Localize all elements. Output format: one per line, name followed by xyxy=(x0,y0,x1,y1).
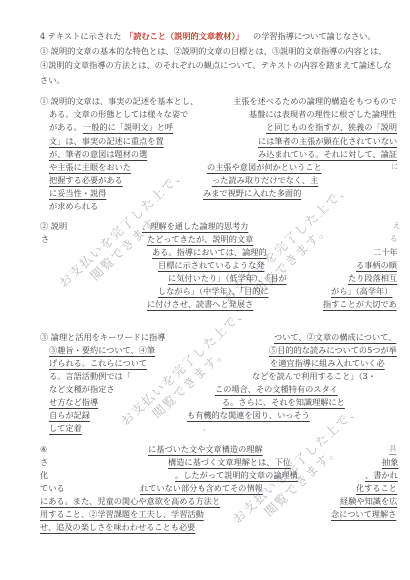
text-fragment: も有機的な関連を図り、いっそう xyxy=(187,410,310,420)
text-fragment: 目標に示されているような発 xyxy=(158,260,264,270)
text-fragment: 基盤には表現者の理性に根ざした論理性 xyxy=(249,109,396,119)
text-fragment: が求められる xyxy=(49,201,98,211)
text-fragment: さ xyxy=(41,234,49,244)
text-fragment: 指すことが大切であ xyxy=(323,299,397,309)
text-fragment: など文種が指定さ xyxy=(49,384,115,394)
text-fragment: ④説明的文章指導の方法とは、のそれぞれの観点について、テキストの内容を踏まえて論… xyxy=(40,60,392,70)
text-fragment: を適宜指導に組み入れていく必 xyxy=(270,358,385,368)
text-fragment: に基づいた文や文章構造の理解 xyxy=(148,444,263,454)
text-fragment: の主張や意図が何かということ xyxy=(207,162,322,172)
text-fragment: さい。 xyxy=(40,75,65,85)
text-fragment: たどってきたが、説明的文章 xyxy=(147,234,253,244)
text-fragment: 経験や知識を広 xyxy=(340,496,397,506)
text-fragment: 主張を述べるための論理的構造をもつもので xyxy=(233,96,397,106)
text-fragment: ている xyxy=(40,483,65,493)
text-fragment: に xyxy=(391,162,398,172)
text-fragment: ① 説明的文章は、事実の記述を基本とし、 xyxy=(40,96,198,106)
text-fragment: 、書かれ xyxy=(365,470,398,480)
text-fragment: 文」は、事実の記述に重点を置 xyxy=(49,136,164,146)
text-fragment: しながら」（中学年）、「目的に xyxy=(158,286,269,296)
text-fragment: 二十年 xyxy=(373,247,398,257)
text-fragment: 具 xyxy=(389,444,396,454)
text-fragment: が、筆者の意図は題材の選 xyxy=(49,149,147,159)
text-fragment: み込まれている。それに対して、論証 xyxy=(258,149,397,159)
text-fragment: 一般的に「説明文」と呼 xyxy=(83,122,173,132)
text-fragment: 自らが記録 xyxy=(49,410,90,420)
text-fragment: がら」（高学年） xyxy=(331,286,392,296)
text-fragment: 把握する必要がある xyxy=(49,175,123,185)
text-fragment: 、理解を通した論理的思考力 xyxy=(142,221,248,231)
text-fragment: や主張に主眼をおいた xyxy=(49,162,131,172)
question-title-highlight: 「読むこと（説明的文章教材）」 xyxy=(125,31,244,41)
text-fragment: などを読んで利用すること」（3・ xyxy=(252,371,376,381)
text-fragment: さ xyxy=(40,457,48,467)
text-fragment: ④ xyxy=(40,444,47,454)
text-fragment: ① 説明的文章の基本的な特色とは、②説明的文章の目標とは、③説明的文章指導の内容… xyxy=(40,46,386,56)
text-fragment: 念について理解さ xyxy=(331,509,396,519)
text-fragment: 。したがって説明的文章の論理構 xyxy=(175,470,298,480)
text-fragment: と同じものを指すが、狭義の「説明 xyxy=(266,122,397,132)
text-fragment: ある。文章の形態としては様々な姿で xyxy=(49,109,188,119)
text-fragment: る xyxy=(390,234,397,244)
text-fragment: え xyxy=(393,221,400,231)
text-fragment: ③趣旨・要約について、④筆 xyxy=(49,345,155,355)
text-fragment: った読み取りだけでなく、主 xyxy=(212,175,318,185)
text-fragment: 構造に基づく文章理解とは、下位 xyxy=(168,457,291,467)
text-fragment: には筆者の主張が顕在化されていない xyxy=(258,136,397,146)
text-fragment: げられる。これらについて xyxy=(49,358,147,368)
text-fragment: る事柄の順 xyxy=(356,260,397,270)
text-fragment: して定着 xyxy=(49,423,82,433)
text-fragment: 用すること、②学習課題を工夫し、学習活動 xyxy=(40,509,204,519)
text-fragment: れていない部分も含めてその情報 xyxy=(140,483,263,493)
text-fragment: 化 xyxy=(40,470,48,480)
document-page: 4 テキストに示された「読むこと（説明的文章教材）」の学習指導について論じなさい… xyxy=(0,0,410,580)
text-fragment: ついて、②文章の構成について、 xyxy=(274,332,396,342)
text-fragment: の学習指導について論じなさい。 xyxy=(253,31,376,41)
text-fragment: に妥当性・説得 xyxy=(49,188,106,198)
text-fragment: この場合、その文種特有のスタイ xyxy=(215,384,338,394)
text-fragment: たり段落相互 xyxy=(348,273,397,283)
text-fragment: 。 xyxy=(203,423,210,433)
text-fragment: がある。 xyxy=(49,122,82,132)
text-fragment: ⑤目的的な読みについての5つが挙 xyxy=(269,345,397,355)
text-fragment: 抽象 xyxy=(382,457,398,467)
text-fragment: みまで視野に入れた多面的 xyxy=(203,188,301,198)
text-fragment: る。言語活動例では「 xyxy=(49,371,131,381)
text-fragment: ② 説明 xyxy=(40,221,67,231)
text-fragment: ある。指導においては、論理的 xyxy=(152,247,267,257)
text-fragment: せ、追及の楽しさを味わわせることも必要 xyxy=(40,522,195,532)
text-fragment: 4 テキストに示された xyxy=(40,31,121,41)
text-fragment: る。さらに、それを知識理解にと xyxy=(222,397,345,407)
text-fragment: 化すること xyxy=(356,483,397,493)
text-fragment: せ方など指導 xyxy=(49,397,98,407)
document-text-layer: 4 テキストに示された「読むこと（説明的文章教材）」の学習指導について論じなさい… xyxy=(0,0,410,580)
text-fragment: に付けさせ、読書へと発展さ xyxy=(147,299,253,309)
text-fragment: ③ 論理と活用をキーワードに指導 xyxy=(40,332,165,342)
text-fragment: にある。また、児童の関心や意欲を高める方法と xyxy=(40,496,220,506)
text-fragment: に気付いたり」（低学年）、「目が xyxy=(168,273,287,283)
